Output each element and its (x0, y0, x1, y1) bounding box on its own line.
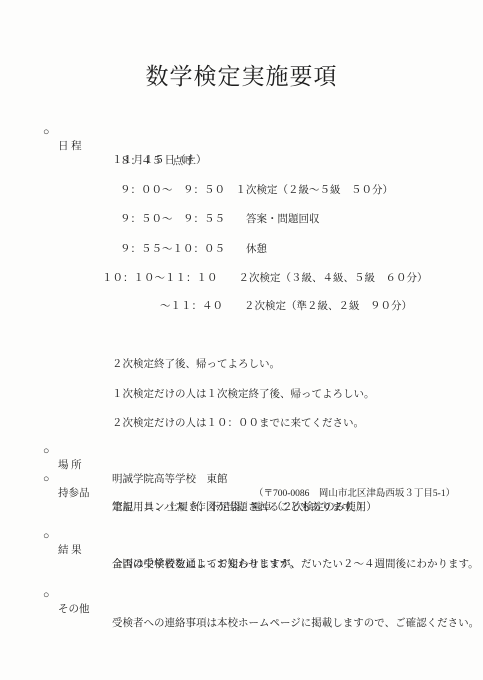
schedule-note: １次検定だけの人は１次検定終了後、帰ってよろしい。 (0, 374, 483, 389)
document-page: 数学検定実施要項 ○ 日 程 １１月１５日（土） ８：４５ 点呼 ９：００～ ９… (0, 0, 483, 680)
schedule-item: ９：５５～１０：０５ 休憩 (0, 229, 483, 244)
circle-bullet-icon: ○ (43, 589, 49, 603)
schedule-item-text: ８：４５ 点呼 (120, 155, 194, 169)
schedule-note-text: １次検定だけの人は１次検定終了後、帰ってよろしい。 (112, 388, 375, 402)
schedule-section-header: ○ 日 程 １１月１５日（土） (0, 112, 483, 127)
bring-items-continuation: 定規 コンパス（作図が出題されることもあります。） (0, 487, 483, 502)
schedule-note: ２次検定だけの人は１０：００までに来てください。 (0, 403, 483, 418)
other-section-label: その他 (58, 603, 90, 617)
schedule-item-text: ９：００～ ９：５０ １次検定（２級～５級 ５０分） (120, 184, 393, 198)
results-section: ○ 結 果 全国の受検者数によって変わりますが、だいたい２～４週間後にわかります… (0, 516, 483, 531)
schedule-item-text: ９：５０～ ９：５５ 答案・問題回収 (120, 213, 320, 227)
bring-items-section: ○ 持参品 筆記用具 、上履き、下足袋、電卓（２次検定のみ使用） (0, 459, 483, 474)
schedule-item-text: ～１１：４０ ２次検定（準２級、２級 ９０分） (160, 300, 412, 314)
schedule-item: １０：１０～１１：１０ ２次検定（３級、４級、５級 ６０分） (0, 258, 483, 273)
schedule-item-text: ９：５５～１０：０５ 休憩 (120, 243, 267, 257)
schedule-item: ９：５０～ ９：５５ 答案・問題回収 (0, 199, 483, 214)
schedule-item-text: １０：１０～１１：１０ ２次検定（３級、４級、５級 ６０分） (102, 272, 428, 286)
results-line: 合否は中学校を通してお知らせします。 (112, 558, 300, 572)
schedule-item: ～１１：４０ ２次検定（準２級、２級 ９０分） (0, 286, 483, 301)
circle-bullet-icon: ○ (43, 530, 49, 544)
schedule-note-text: ２次検定だけの人は１０：００までに来てください。 (112, 417, 364, 431)
circle-bullet-icon: ○ (43, 445, 49, 459)
circle-bullet-icon: ○ (43, 126, 49, 140)
other-section: ○ その他 受検者への連絡事項は本校ホームページに掲載しますので、ご確認ください… (0, 575, 483, 590)
circle-bullet-icon: ○ (43, 473, 49, 487)
schedule-note: ２次検定終了後、帰ってよろしい。 (0, 344, 483, 359)
bring-items-line: 定規 コンパス（作図が出題されることもあります。） (112, 501, 368, 515)
schedule-item: ８：４５ 点呼 (0, 141, 483, 156)
location-section: ○ 場 所 明誠学院高等学校 東館 （〒700-0086 岡山市北区津島西坂３丁… (0, 431, 483, 446)
results-continuation: 合否は中学校を通してお知らせします。 (0, 544, 483, 559)
document-title: 数学検定実施要項 (0, 58, 483, 91)
location-venue: 明誠学院高等学校 東館 (112, 473, 228, 487)
other-line: 受検者への連絡事項は本校ホームページに掲載しますので、ご確認ください。 (112, 617, 479, 631)
schedule-item: ９：００～ ９：５０ １次検定（２級～５級 ５０分） (0, 170, 483, 185)
schedule-note-text: ２次検定終了後、帰ってよろしい。 (112, 358, 280, 372)
